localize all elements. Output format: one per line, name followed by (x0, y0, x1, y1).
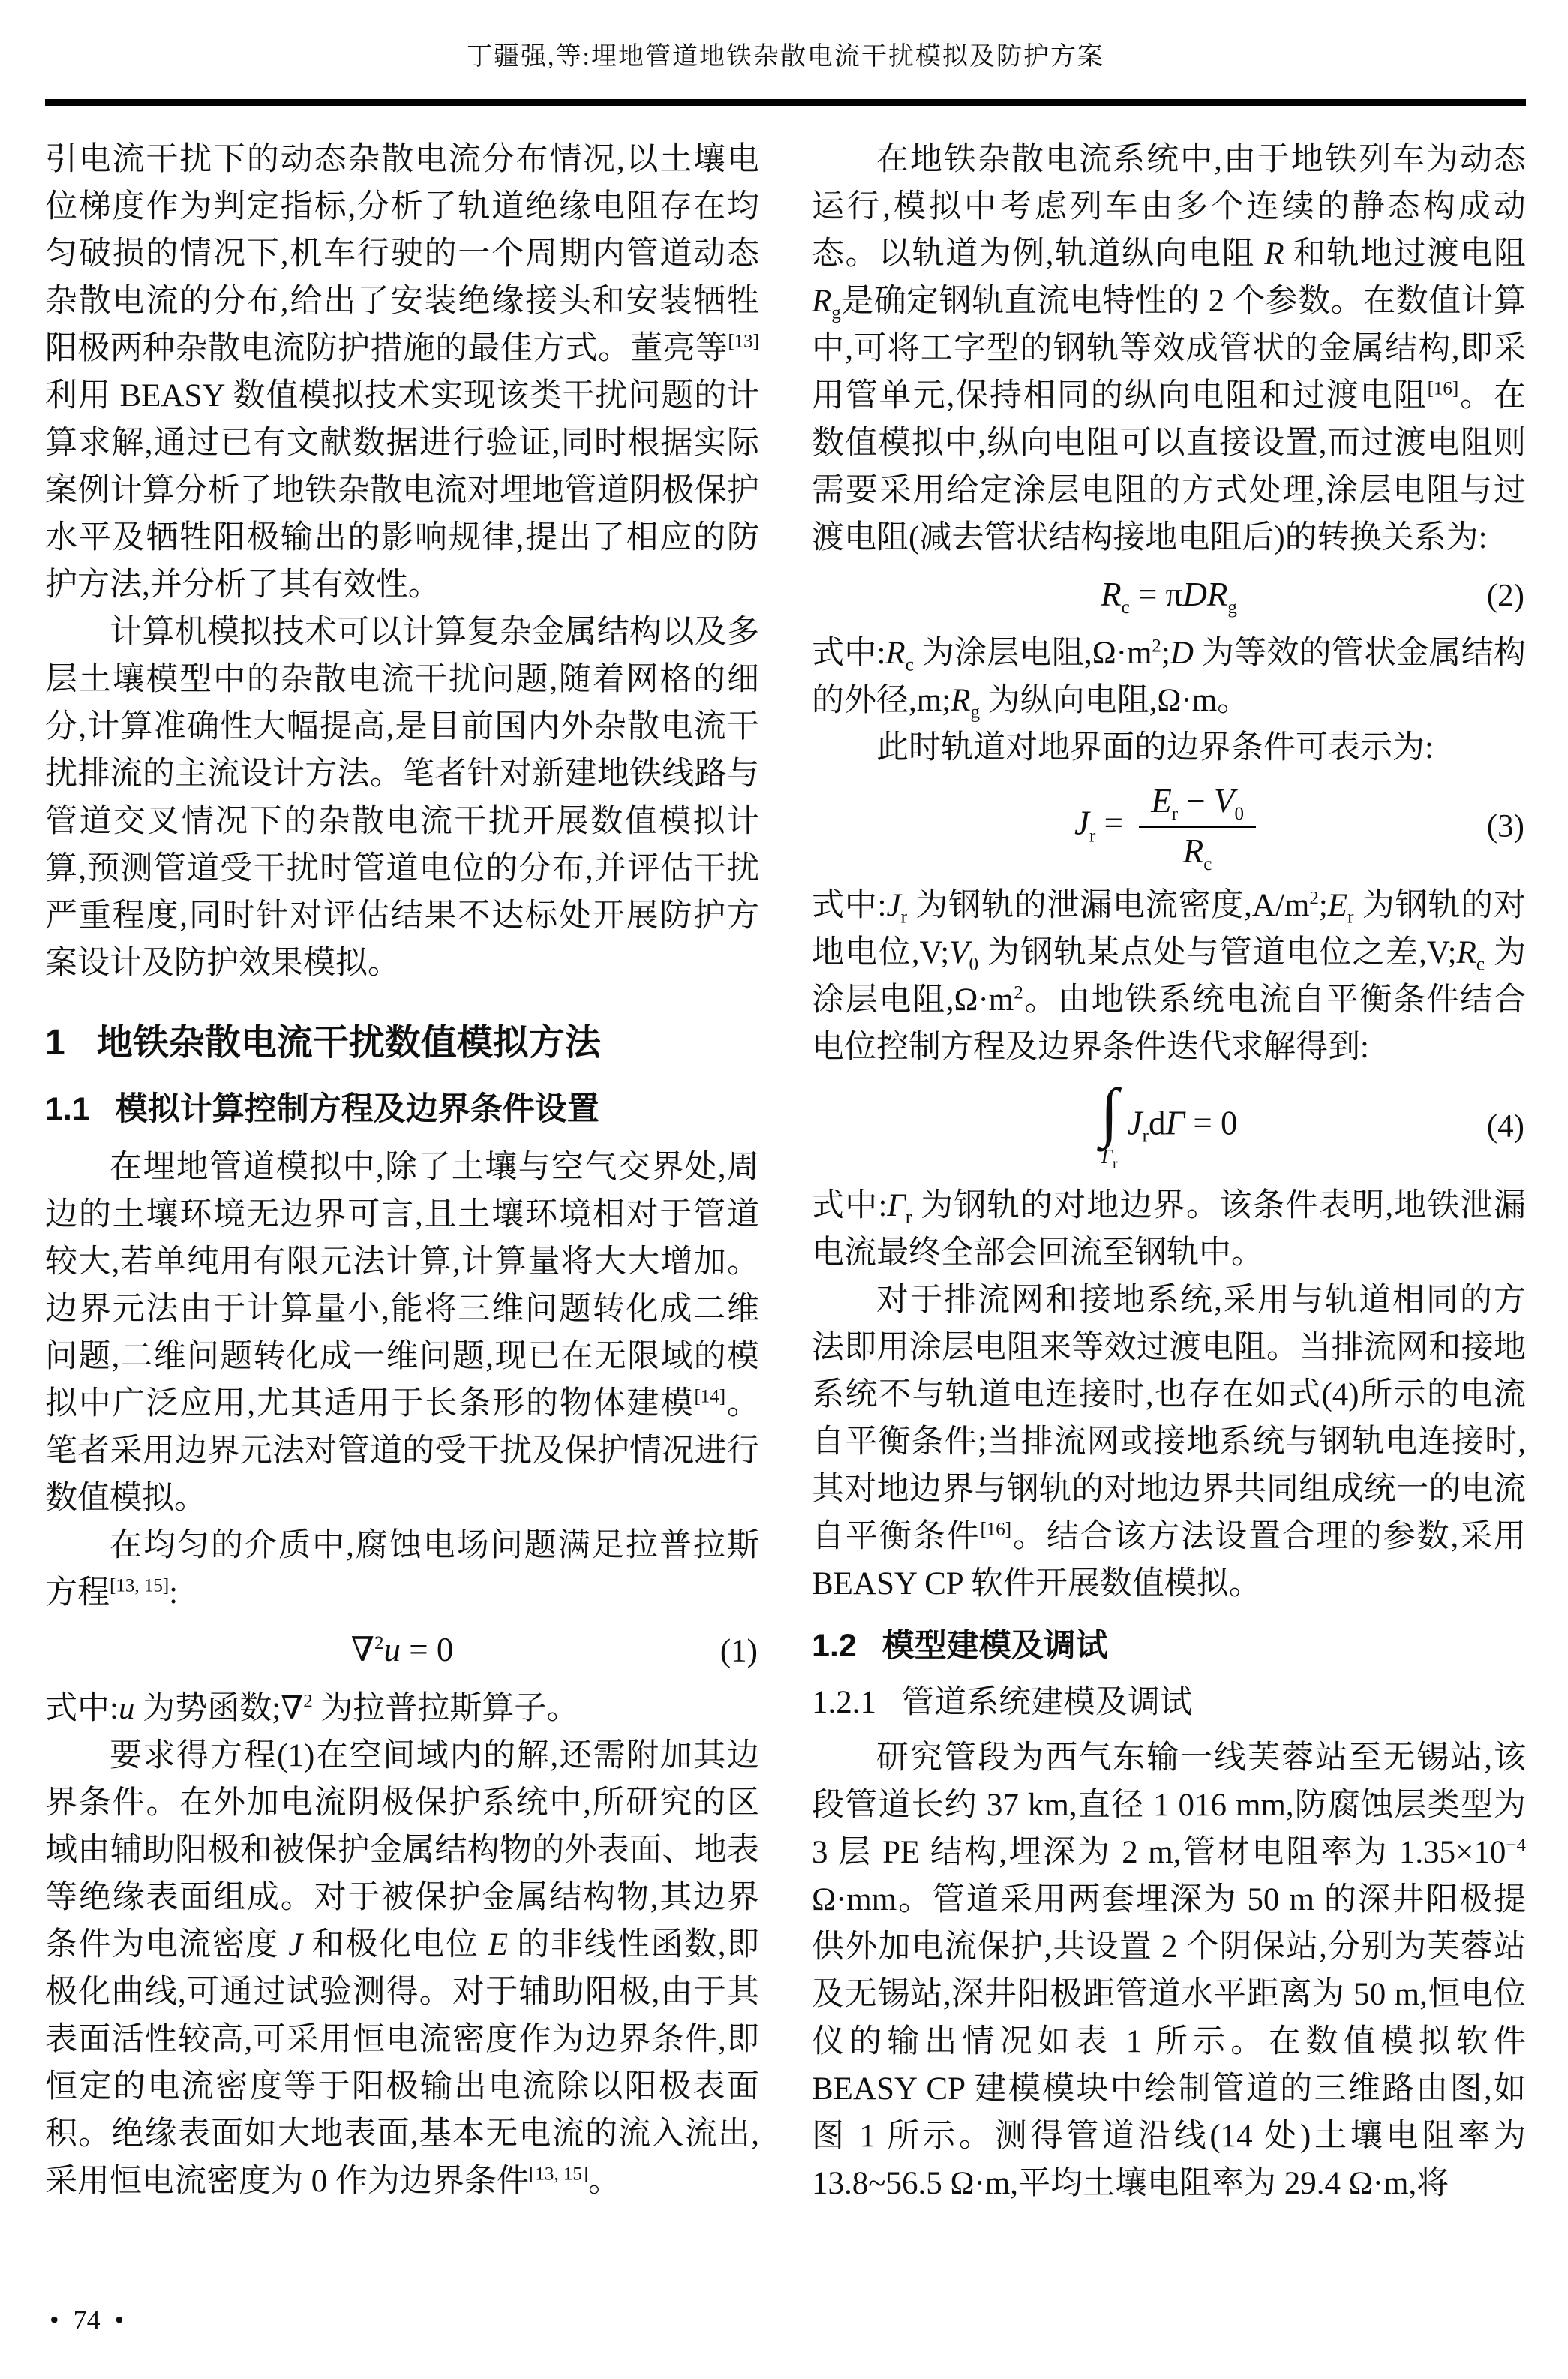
text-run: 此时轨道对地界面的边界条件可表示为: (876, 730, 1434, 765)
text-run: Ω·mm。管道采用两套埋深为 50 m 的深井阳极提供外加电流保护,共设置 2 … (812, 1882, 1526, 2201)
text-run: 式中: (812, 888, 887, 923)
math-sub: c (1476, 954, 1485, 974)
text-run: 式中: (45, 1691, 119, 1726)
text-run: 式中: (812, 636, 885, 671)
text-run: = 0 (401, 1631, 453, 1668)
paragraph: 要求得方程(1)在空间域内的解,还需附加其边界条件。在外加电流阴极保护系统中,所… (45, 1732, 759, 2205)
math-var: J (1128, 1104, 1143, 1141)
math-sup: 2 (374, 1633, 384, 1653)
math-var: Γ (1101, 1145, 1113, 1168)
paragraph: 对于排流网和接地系统,采用与轨道相同的方法即用涂层电阻来等效过渡电阻。当排流网和… (812, 1277, 1526, 1608)
integral-sign: ∫ (1101, 1081, 1119, 1144)
section-title: 地铁杂散电流干扰数值模拟方法 (97, 1023, 601, 1063)
math-sub: c (906, 655, 914, 675)
math-var: R (951, 683, 970, 718)
text-run: 为钢轨某点处与管道电位之差,V; (978, 935, 1457, 970)
equation-2-body: Rc = πDRg (1101, 572, 1237, 618)
text-run: − (1178, 782, 1214, 820)
citation-ref: [13] (728, 332, 759, 352)
nabla-operator: ∇ (351, 1631, 374, 1668)
math-var: E (1328, 888, 1347, 923)
section-1-1-heading: 1.1模拟计算控制方程及边界条件设置 (45, 1090, 759, 1129)
math-sub: g (831, 303, 841, 323)
math-var: R (1183, 832, 1204, 870)
math-sub: g (970, 702, 980, 723)
math-var: V (1214, 782, 1235, 820)
equation-number: (2) (1487, 572, 1524, 619)
equation-2: Rc = πDRg (2) (812, 572, 1526, 619)
section-1-2-1-heading: 1.2.1管道系统建模及调试 (812, 1683, 1526, 1722)
math-var: u (384, 1631, 401, 1668)
section-number: 1 (45, 1023, 65, 1063)
math-var: R (1264, 236, 1284, 272)
math-var: u (119, 1691, 135, 1726)
section-1-heading: 1地铁杂散电流干扰数值模拟方法 (45, 1021, 759, 1065)
math-var: R (1457, 935, 1476, 970)
text-run: = 0 (1185, 1104, 1237, 1141)
text-run: 为钢轨的对地边界。该条件表明,地铁泄漏电流最终全部会回流至钢轨中。 (812, 1188, 1526, 1271)
running-head: 丁疆强,等:埋地管道地铁杂散电流干扰模拟及防护方案 (45, 41, 1526, 74)
section-number: 1.2 (812, 1628, 857, 1664)
math-sup: 2 (1152, 636, 1161, 657)
left-column: 引电流干扰下的动态杂散电流分布情况,以土壤电位梯度作为判定指标,分析了轨道绝缘电… (45, 136, 759, 2205)
equation-3: Jr = Er − V0Rc (3) (812, 782, 1526, 871)
paragraph: 式中:u 为势函数;∇2 为拉普拉斯算子。 (45, 1685, 759, 1732)
paragraph: 此时轨道对地界面的边界条件可表示为: (812, 724, 1526, 771)
math-var: Γ (887, 1188, 905, 1223)
math-sup: −4 (1506, 1836, 1526, 1856)
equation-1: ∇2u = 0 (1) (45, 1627, 759, 1674)
text-run: 和轨地过渡电阻 (1284, 236, 1526, 272)
text-run: = π (1130, 576, 1183, 613)
equation-4: ∫ΓrJrdΓ = 0 (4) (812, 1081, 1526, 1171)
math-var: D (1170, 636, 1194, 671)
paragraph: 式中:Rc 为涂层电阻,Ω·m2;D 为等效的管状金属结构的外径,m;Rg 为纵… (812, 630, 1526, 724)
text-run: 在埋地管道模拟中,除了土壤与空气交界处,周边的土壤环境无边界可言,且土壤环境相对… (45, 1150, 759, 1421)
math-sub: g (1227, 597, 1237, 618)
math-var: Γ (1165, 1104, 1185, 1141)
equation-1-body: ∇2u = 0 (351, 1627, 454, 1673)
paragraph: 计算机模拟技术可以计算复杂金属结构以及多层土壤模型中的杂散电流干扰问题,随着网格… (45, 609, 759, 987)
math-sub: c (1122, 597, 1130, 618)
citation-ref: [16] (1428, 379, 1459, 399)
math-sub: r (1143, 1126, 1149, 1146)
section-1-2-heading: 1.2模型建模及调试 (812, 1627, 1526, 1666)
section-title: 管道系统建模及调试 (902, 1685, 1192, 1720)
page-number: • 74 • (50, 2304, 124, 2335)
math-var: J (887, 888, 901, 923)
text-run: 为涂层电阻,Ω·m (914, 636, 1152, 671)
math-var: R (1101, 576, 1122, 613)
math-sub: c (1203, 854, 1212, 874)
header-rule (45, 99, 1526, 106)
math-sup: 2 (1309, 888, 1319, 908)
text-run: 在均匀的介质中,腐蚀电场问题满足拉普拉斯方程 (45, 1528, 759, 1611)
text-run: 的非线性函数,即极化曲线,可通过试验测得。对于辅助阳极,由于其表面活性较高,可采… (45, 1927, 759, 2199)
text-run: 是确定钢轨直流电特性的 2 个参数。在数值计算中,可将工字型的钢轨等效成管状的金… (812, 284, 1526, 414)
math-var: R (812, 284, 831, 319)
text-run: 为钢轨的泄漏电流密度,A/m (907, 888, 1309, 923)
equation-4-body: ∫ΓrJrdΓ = 0 (1101, 1081, 1238, 1171)
section-title: 模拟计算控制方程及边界条件设置 (116, 1091, 599, 1127)
paragraph: 式中:Jr 为钢轨的泄漏电流密度,A/m2;Er 为钢轨的对地电位,V;V0 为… (812, 882, 1526, 1071)
fraction-numerator: Er − V0 (1139, 782, 1256, 828)
paragraph: 引电流干扰下的动态杂散电流分布情况,以土壤电位梯度作为判定指标,分析了轨道绝缘电… (45, 136, 759, 609)
text-run: 和极化电位 (302, 1927, 488, 1962)
text-run: ; (1161, 636, 1170, 671)
text-run: 引电流干扰下的动态杂散电流分布情况,以土壤电位梯度作为判定指标,分析了轨道绝缘电… (45, 142, 759, 366)
text-run: 为势函数;∇ (134, 1691, 303, 1726)
math-sub: 0 (1234, 804, 1244, 824)
text-run: = (1095, 805, 1131, 842)
paragraph: 在埋地管道模拟中,除了土壤与空气交界处,周边的土壤环境无边界可言,且土壤环境相对… (45, 1144, 759, 1522)
text-run: 为纵向电阻,Ω·m。 (980, 683, 1249, 718)
math-var: R (885, 636, 905, 671)
text-run: : (169, 1575, 178, 1611)
text-run: 。 (588, 2164, 620, 2199)
math-var: J (1074, 805, 1089, 842)
fraction-denominator: Rc (1183, 828, 1212, 871)
citation-ref: [13, 15] (110, 1576, 169, 1596)
paragraph: 式中:Γr 为钢轨的对地边界。该条件表明,地铁泄漏电流最终全部会回流至钢轨中。 (812, 1182, 1526, 1277)
citation-ref: [16] (980, 1519, 1011, 1539)
math-sub: r (906, 1207, 912, 1227)
equation-number: (1) (720, 1627, 758, 1674)
text-run: 计算机模拟技术可以计算复杂金属结构以及多层土壤模型中的杂散电流干扰问题,随着网格… (45, 615, 759, 981)
math-var: V (949, 935, 969, 970)
section-title: 模型建模及调试 (882, 1628, 1108, 1664)
citation-ref: [13, 15] (529, 2164, 588, 2185)
text-run: d (1149, 1104, 1166, 1141)
section-number: 1.2.1 (812, 1685, 876, 1720)
integral: ∫Γr (1101, 1081, 1119, 1171)
math-var: E (488, 1927, 508, 1962)
paper-page: 丁疆强,等:埋地管道地铁杂散电流干扰模拟及防护方案 引电流干扰下的动态杂散电流分… (0, 0, 1568, 2379)
text-run: 式中: (812, 1188, 887, 1223)
equation-3-body: Jr = Er − V0Rc (1074, 782, 1263, 871)
equation-number: (3) (1487, 803, 1524, 850)
math-sup: 2 (1014, 982, 1023, 1003)
equation-number: (4) (1487, 1102, 1524, 1150)
text-run: 研究管段为西气东输一线芙蓉站至无锡站,该段管道长约 37 km,直径 1 016… (812, 1740, 1526, 1870)
math-var: J (288, 1927, 302, 1962)
math-sub: 0 (969, 954, 979, 974)
fraction: Er − V0Rc (1139, 782, 1256, 871)
text-run: 为拉普拉斯算子。 (313, 1691, 579, 1726)
integral-limit: Γr (1101, 1147, 1118, 1171)
math-var: DR (1182, 576, 1227, 613)
section-number: 1.1 (45, 1091, 90, 1127)
math-sub: r (1113, 1156, 1117, 1172)
math-sub: r (1172, 804, 1178, 824)
paragraph: 研究管段为西气东输一线芙蓉站至无锡站,该段管道长约 37 km,直径 1 016… (812, 1734, 1526, 2207)
paragraph: 在地铁杂散电流系统中,由于地铁列车为动态运行,模拟中考虑列车由多个连续的静态构成… (812, 136, 1526, 561)
citation-ref: [14] (694, 1387, 725, 1407)
math-var: E (1151, 782, 1172, 820)
text-run: 利用 BEASY 数值模拟技术实现该类干扰问题的计算求解,通过已有文献数据进行验… (45, 378, 759, 603)
two-column-body: 引电流干扰下的动态杂散电流分布情况,以土壤电位梯度作为判定指标,分析了轨道绝缘电… (45, 136, 1526, 2207)
text-run: 对于排流网和接地系统,采用与轨道相同的方法即用涂层电阻来等效过渡电阻。当排流网和… (812, 1283, 1526, 1554)
right-column: 在地铁杂散电流系统中,由于地铁列车为动态运行,模拟中考虑列车由多个连续的静态构成… (812, 136, 1526, 2207)
math-sup: 2 (303, 1692, 313, 1712)
paragraph: 在均匀的介质中,腐蚀电场问题满足拉普拉斯方程[13, 15]: (45, 1522, 759, 1617)
math-sub: r (901, 907, 907, 927)
text-run: ; (1319, 888, 1328, 923)
